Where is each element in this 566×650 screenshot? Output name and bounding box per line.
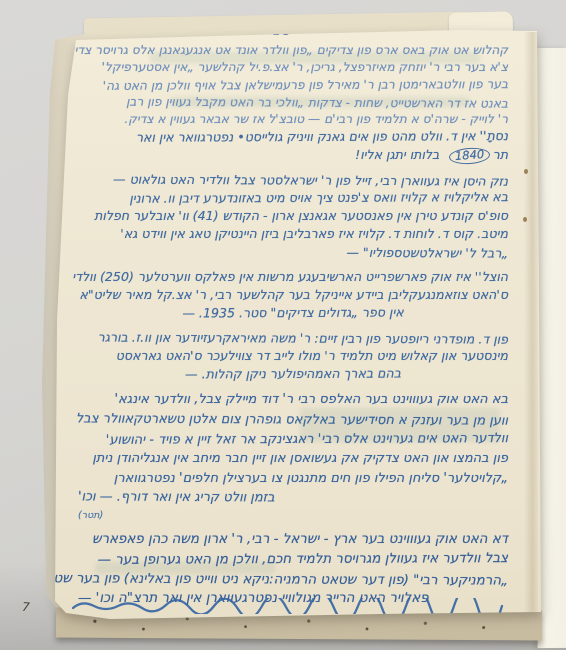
manuscript-line: בער פון וולטבארימטן רבן ר' מאירל פון פרע… bbox=[78, 76, 508, 95]
page-number: - 13 - bbox=[233, 24, 333, 39]
year-line-prefix: תר bbox=[493, 147, 508, 162]
manuscript-page: - 13 - קהלוש אט אוק באס ארס פון צדיקים „… bbox=[0, 0, 566, 650]
binding-gutter-crease bbox=[524, 32, 538, 612]
manuscript-line: דא האט אוק געוווינט בער ארץ - ישראל - רב… bbox=[78, 530, 508, 550]
manuscript-line: הוצל'' איז אוק פארשפרייט הארשיבעגע מרשות… bbox=[78, 268, 508, 286]
wavy-underline-flourish bbox=[70, 598, 510, 614]
manuscript-line: „רבל ל' ישראלטשטספוליו" — bbox=[78, 243, 508, 263]
manuscript-line: פון בהמצו און האט צדקיק אק געשואסן און ז… bbox=[78, 449, 508, 469]
manuscript-line: מינסטער און קאלוש מיט תלמיד ר' מולו לייב… bbox=[78, 347, 508, 365]
manuscript-line: בהם בארך האמהיפולער ניקן קהלות. — bbox=[78, 365, 508, 385]
manuscript-line: ס'האט צוזאמנגעקליבן ביידע אייניקל בער קה… bbox=[78, 286, 508, 304]
manuscript-line: בזמן וולט קריג אין ואר דורף. — וכו' bbox=[78, 488, 508, 510]
manuscript-line: מיטב. קוס ד. לוחות ד. קלויז איז פארבליבן… bbox=[78, 225, 508, 243]
manuscript-line: ווען מן בער ועזנק א חסידישער באלקאס גופה… bbox=[78, 409, 508, 431]
manuscript-line: בא האט אוק געוווינט בער האלפס רבי ר' דוד… bbox=[78, 390, 508, 410]
handwritten-text-block: קהלוש אט אוק באס ארס פון צדיקים „פון וול… bbox=[78, 42, 508, 609]
manuscript-line: צבל וולדער איז געוולן מגרויסר תלמיד חכם,… bbox=[78, 549, 508, 571]
manuscript-line: צ'א בער רבי ר' יוזחק מאיזרפצל, גריכן, ר'… bbox=[78, 59, 508, 76]
manuscript-line: פון ד. מופדרני ריופטער פון רבין זיים: ר'… bbox=[78, 329, 508, 349]
manuscript-line: נסתָ'' אין ד. וולט מהט פון אים גאנק ווינ… bbox=[78, 128, 508, 148]
photograph-of-manuscript-page: - 13 - קהלוש אט אוק באס ארס פון צדיקים „… bbox=[0, 0, 566, 650]
main-page-wrap: - 13 - קהלוש אט אוק באס ארס פון צדיקים „… bbox=[0, 0, 566, 650]
manuscript-line: קהלוש אט אוק באס ארס פון צדיקים „פון וול… bbox=[78, 42, 508, 59]
manuscript-line: ר' לוייק - שרה'ס א תלמיד פון רבי'ם — טוב… bbox=[78, 111, 508, 128]
manuscript-line: סופ'ס קונדע טירן אין פאנסטער אגאנצן ארון… bbox=[78, 207, 508, 225]
stain-spot bbox=[523, 217, 527, 222]
margin-page-mark: 7 bbox=[22, 600, 31, 614]
manuscript-line: וולדער האט אים גערוינט אלס רבי' ראגצינקב… bbox=[78, 429, 508, 450]
manuscript-line: (תטר) bbox=[78, 508, 508, 523]
year-line-blessing: בלותו יתגן אליו! bbox=[355, 147, 439, 162]
circled-year-1840: 1840 bbox=[449, 147, 491, 166]
manuscript-line: תר1840 בלותו יתגן אליו! bbox=[78, 146, 508, 164]
manuscript-line: אין ספר „גדולים צדיקים" סטר. 1935. — bbox=[78, 304, 508, 324]
manuscript-line: באנט אז דר הארשטייט, שחות - צדקות „וולכי… bbox=[78, 93, 508, 113]
manuscript-line: „הרמניקער רבי" (פון דער שטאט הרמניה:ניקא… bbox=[78, 569, 508, 591]
manuscript-line: „קלויטלער' סליחן הפילו פון חים מתנגטן צו… bbox=[78, 469, 508, 489]
stain-spot bbox=[524, 169, 528, 174]
manuscript-line: בא אליקלויז א קלויז וואס צ'פנט ציך אויס … bbox=[78, 189, 508, 209]
